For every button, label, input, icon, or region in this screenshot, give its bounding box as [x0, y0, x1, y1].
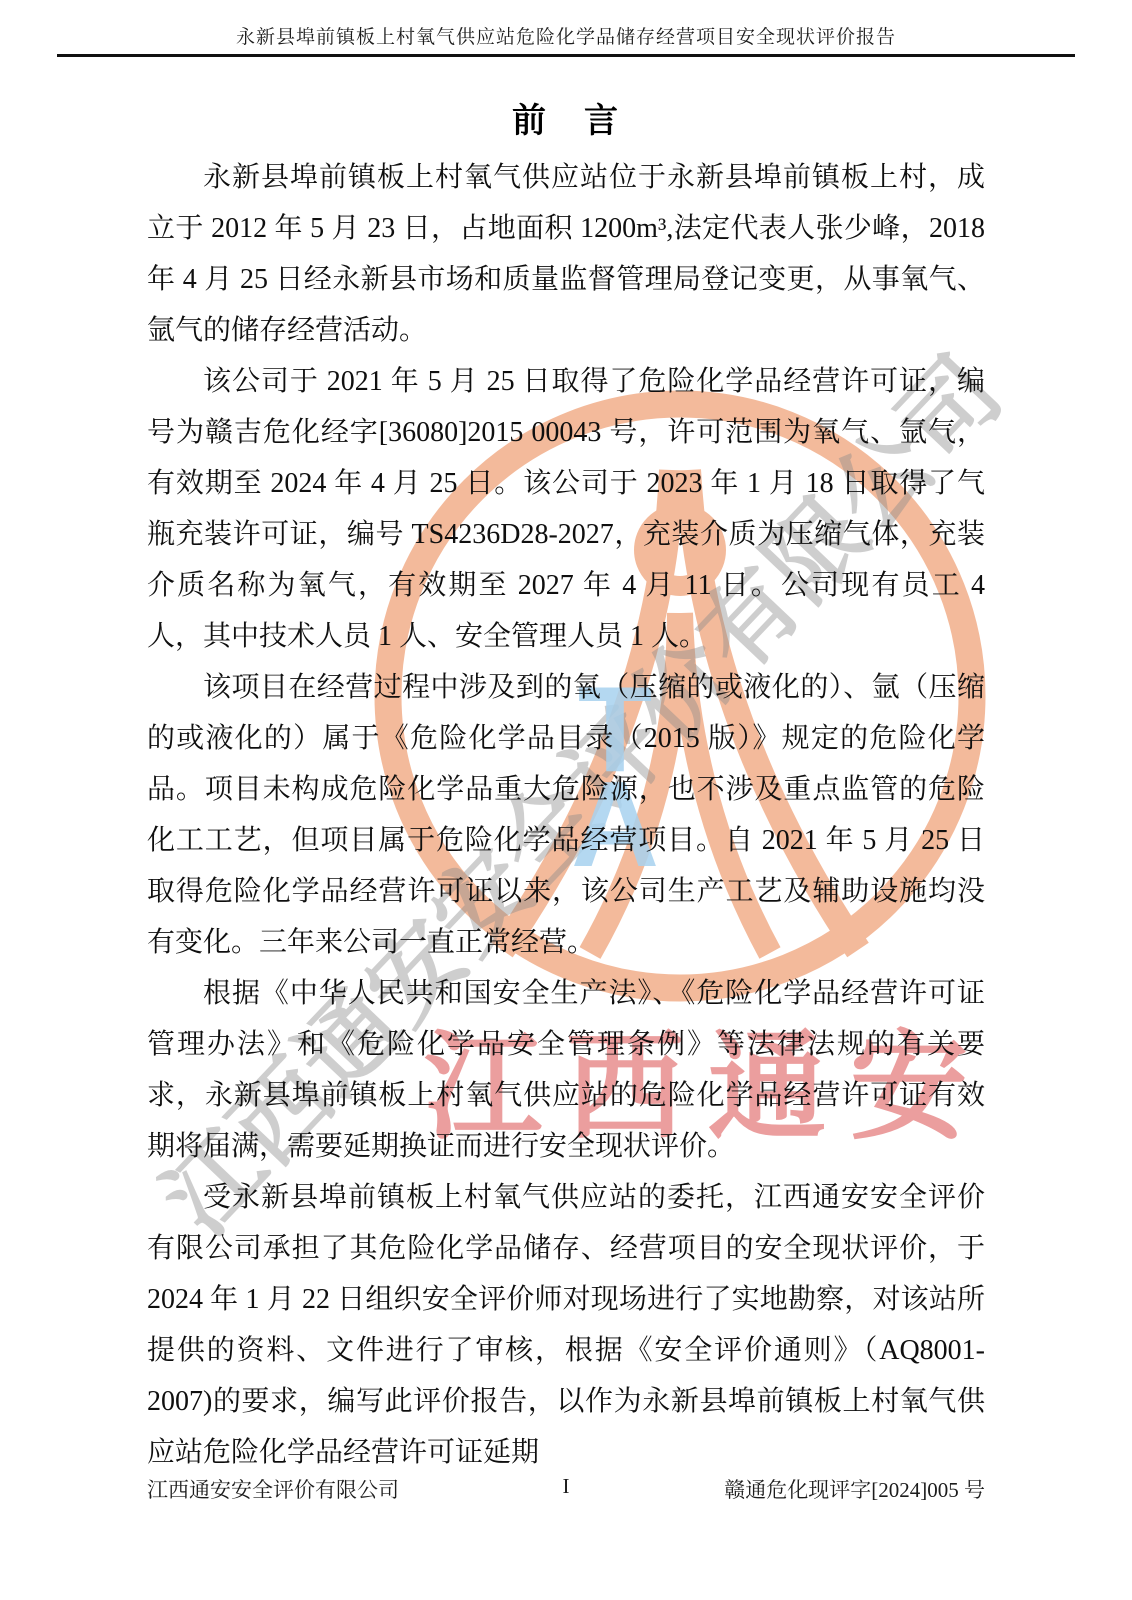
page-header-running-title: 永新县埠前镇板上村氧气供应站危险化学品储存经营项目安全现状评价报告: [0, 22, 1132, 49]
page-title: 前 言: [147, 100, 985, 144]
paragraph-4: 根据《中华人民共和国安全生产法》、《危险化学品经营许可证管理办法》和《危险化学品…: [147, 968, 985, 1172]
paragraph-2: 该公司于 2021 年 5 月 25 日取得了危险化学品经营许可证，编号为赣吉危…: [147, 356, 985, 662]
paragraph-1: 永新县埠前镇板上村氧气供应站位于永新县埠前镇板上村，成立于 2012 年 5 月…: [147, 152, 985, 356]
header-rule: [57, 54, 1075, 57]
footer-doc-number: 赣通危化现评字[2024]005 号: [724, 1474, 985, 1504]
document-page: 江西通安安全评价有限公司 TA 江西通安 永新县埠前镇板上村氧气供应站危险化学品…: [0, 0, 1132, 1600]
paragraph-3: 该项目在经营过程中涉及到的氧（压缩的或液化的）、氩（压缩的或液化的）属于《危险化…: [147, 662, 985, 968]
document-body: 前 言 永新县埠前镇板上村氧气供应站位于永新县埠前镇板上村，成立于 2012 年…: [147, 100, 985, 1478]
paragraph-5: 受永新县埠前镇板上村氧气供应站的委托，江西通安安全评价有限公司承担了其危险化学品…: [147, 1172, 985, 1478]
